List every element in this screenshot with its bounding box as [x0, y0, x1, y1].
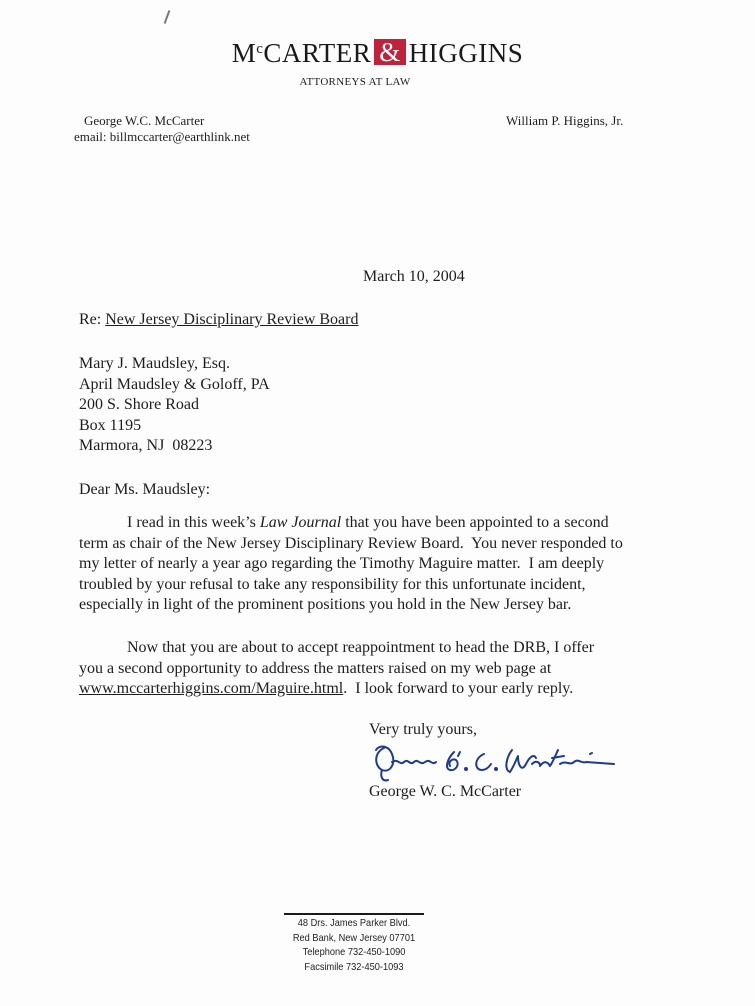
stray-pen-mark	[164, 10, 171, 24]
recipient-address: Mary J. Maudsley, Esq. April Maudsley & …	[79, 354, 270, 457]
subject-line: Re: New Jersey Disciplinary Review Board	[79, 311, 358, 329]
firm-logo: McCARTER&HIGGINS	[0, 38, 755, 69]
footer-divider	[284, 913, 424, 915]
paragraph-line: term as chair of the New Jersey Discipli…	[79, 534, 679, 555]
footer-city: Red Bank, New Jersey 07701	[42, 931, 665, 946]
partner-left-email[interactable]: billmccarter@earthlink.net	[110, 129, 250, 144]
paragraph-line: you a second opportunity to address the …	[79, 659, 679, 680]
address-line: 200 S. Shore Road	[79, 395, 270, 416]
partner-left-email-line: email: billmccarter@earthlink.net	[74, 129, 250, 145]
text-run: that you have been appointed to a second	[341, 514, 608, 531]
paragraph-line: Now that you are about to accept reappoi…	[79, 638, 679, 659]
body-paragraph-1: I read in this week’s Law Journal that y…	[79, 513, 679, 616]
logo-ampersand-block: &	[374, 39, 406, 65]
address-line: Mary J. Maudsley, Esq.	[79, 354, 270, 375]
partner-left: George W.C. McCarter email: billmccarter…	[74, 113, 250, 145]
firm-tagline: ATTORNEYS AT LAW	[0, 76, 705, 88]
web-page-link[interactable]: www.mccarterhiggins.com/Maguire.html	[79, 680, 343, 697]
signer-name: George W. C. McCarter	[369, 783, 521, 801]
paragraph-line: I read in this week’s Law Journal that y…	[79, 513, 679, 534]
email-label: email:	[74, 129, 107, 144]
handwritten-signature	[370, 736, 620, 786]
paragraph-line: troubled by your refusal to take any res…	[79, 575, 679, 596]
footer-telephone: Telephone 732-450-1090	[42, 945, 665, 960]
paragraph-line: www.mccarterhiggins.com/Maguire.html. I …	[79, 679, 679, 700]
letter-date: March 10, 2004	[363, 268, 465, 286]
address-line: Box 1195	[79, 416, 270, 437]
footer-street: 48 Drs. James Parker Blvd.	[42, 916, 665, 931]
publication-title: Law Journal	[260, 514, 341, 531]
firm-address-footer: 48 Drs. James Parker Blvd. Red Bank, New…	[0, 916, 708, 974]
address-line: April Maudsley & Goloff, PA	[79, 375, 270, 396]
logo-m: M	[232, 38, 257, 68]
text-run: . I look forward to your early reply.	[343, 680, 573, 697]
footer-facsimile: Facsimile 732-450-1093	[42, 960, 665, 975]
paragraph-line: my letter of nearly a year ago regarding…	[79, 554, 679, 575]
partner-left-name: George W.C. McCarter	[74, 113, 250, 129]
re-label: Re:	[79, 311, 101, 328]
address-line: Marmora, NJ 08223	[79, 436, 270, 457]
salutation: Dear Ms. Maudsley:	[79, 481, 210, 499]
body-paragraph-2: Now that you are about to accept reappoi…	[79, 638, 679, 700]
text-run: I read in this week’s	[127, 514, 260, 531]
logo-higgins: HIGGINS	[409, 38, 524, 68]
partner-right-name: William P. Higgins, Jr.	[506, 113, 623, 129]
re-subject: New Jersey Disciplinary Review Board	[105, 311, 358, 328]
logo-carter: CARTER	[263, 38, 371, 68]
paragraph-line: especially in light of the prominent pos…	[79, 595, 679, 616]
